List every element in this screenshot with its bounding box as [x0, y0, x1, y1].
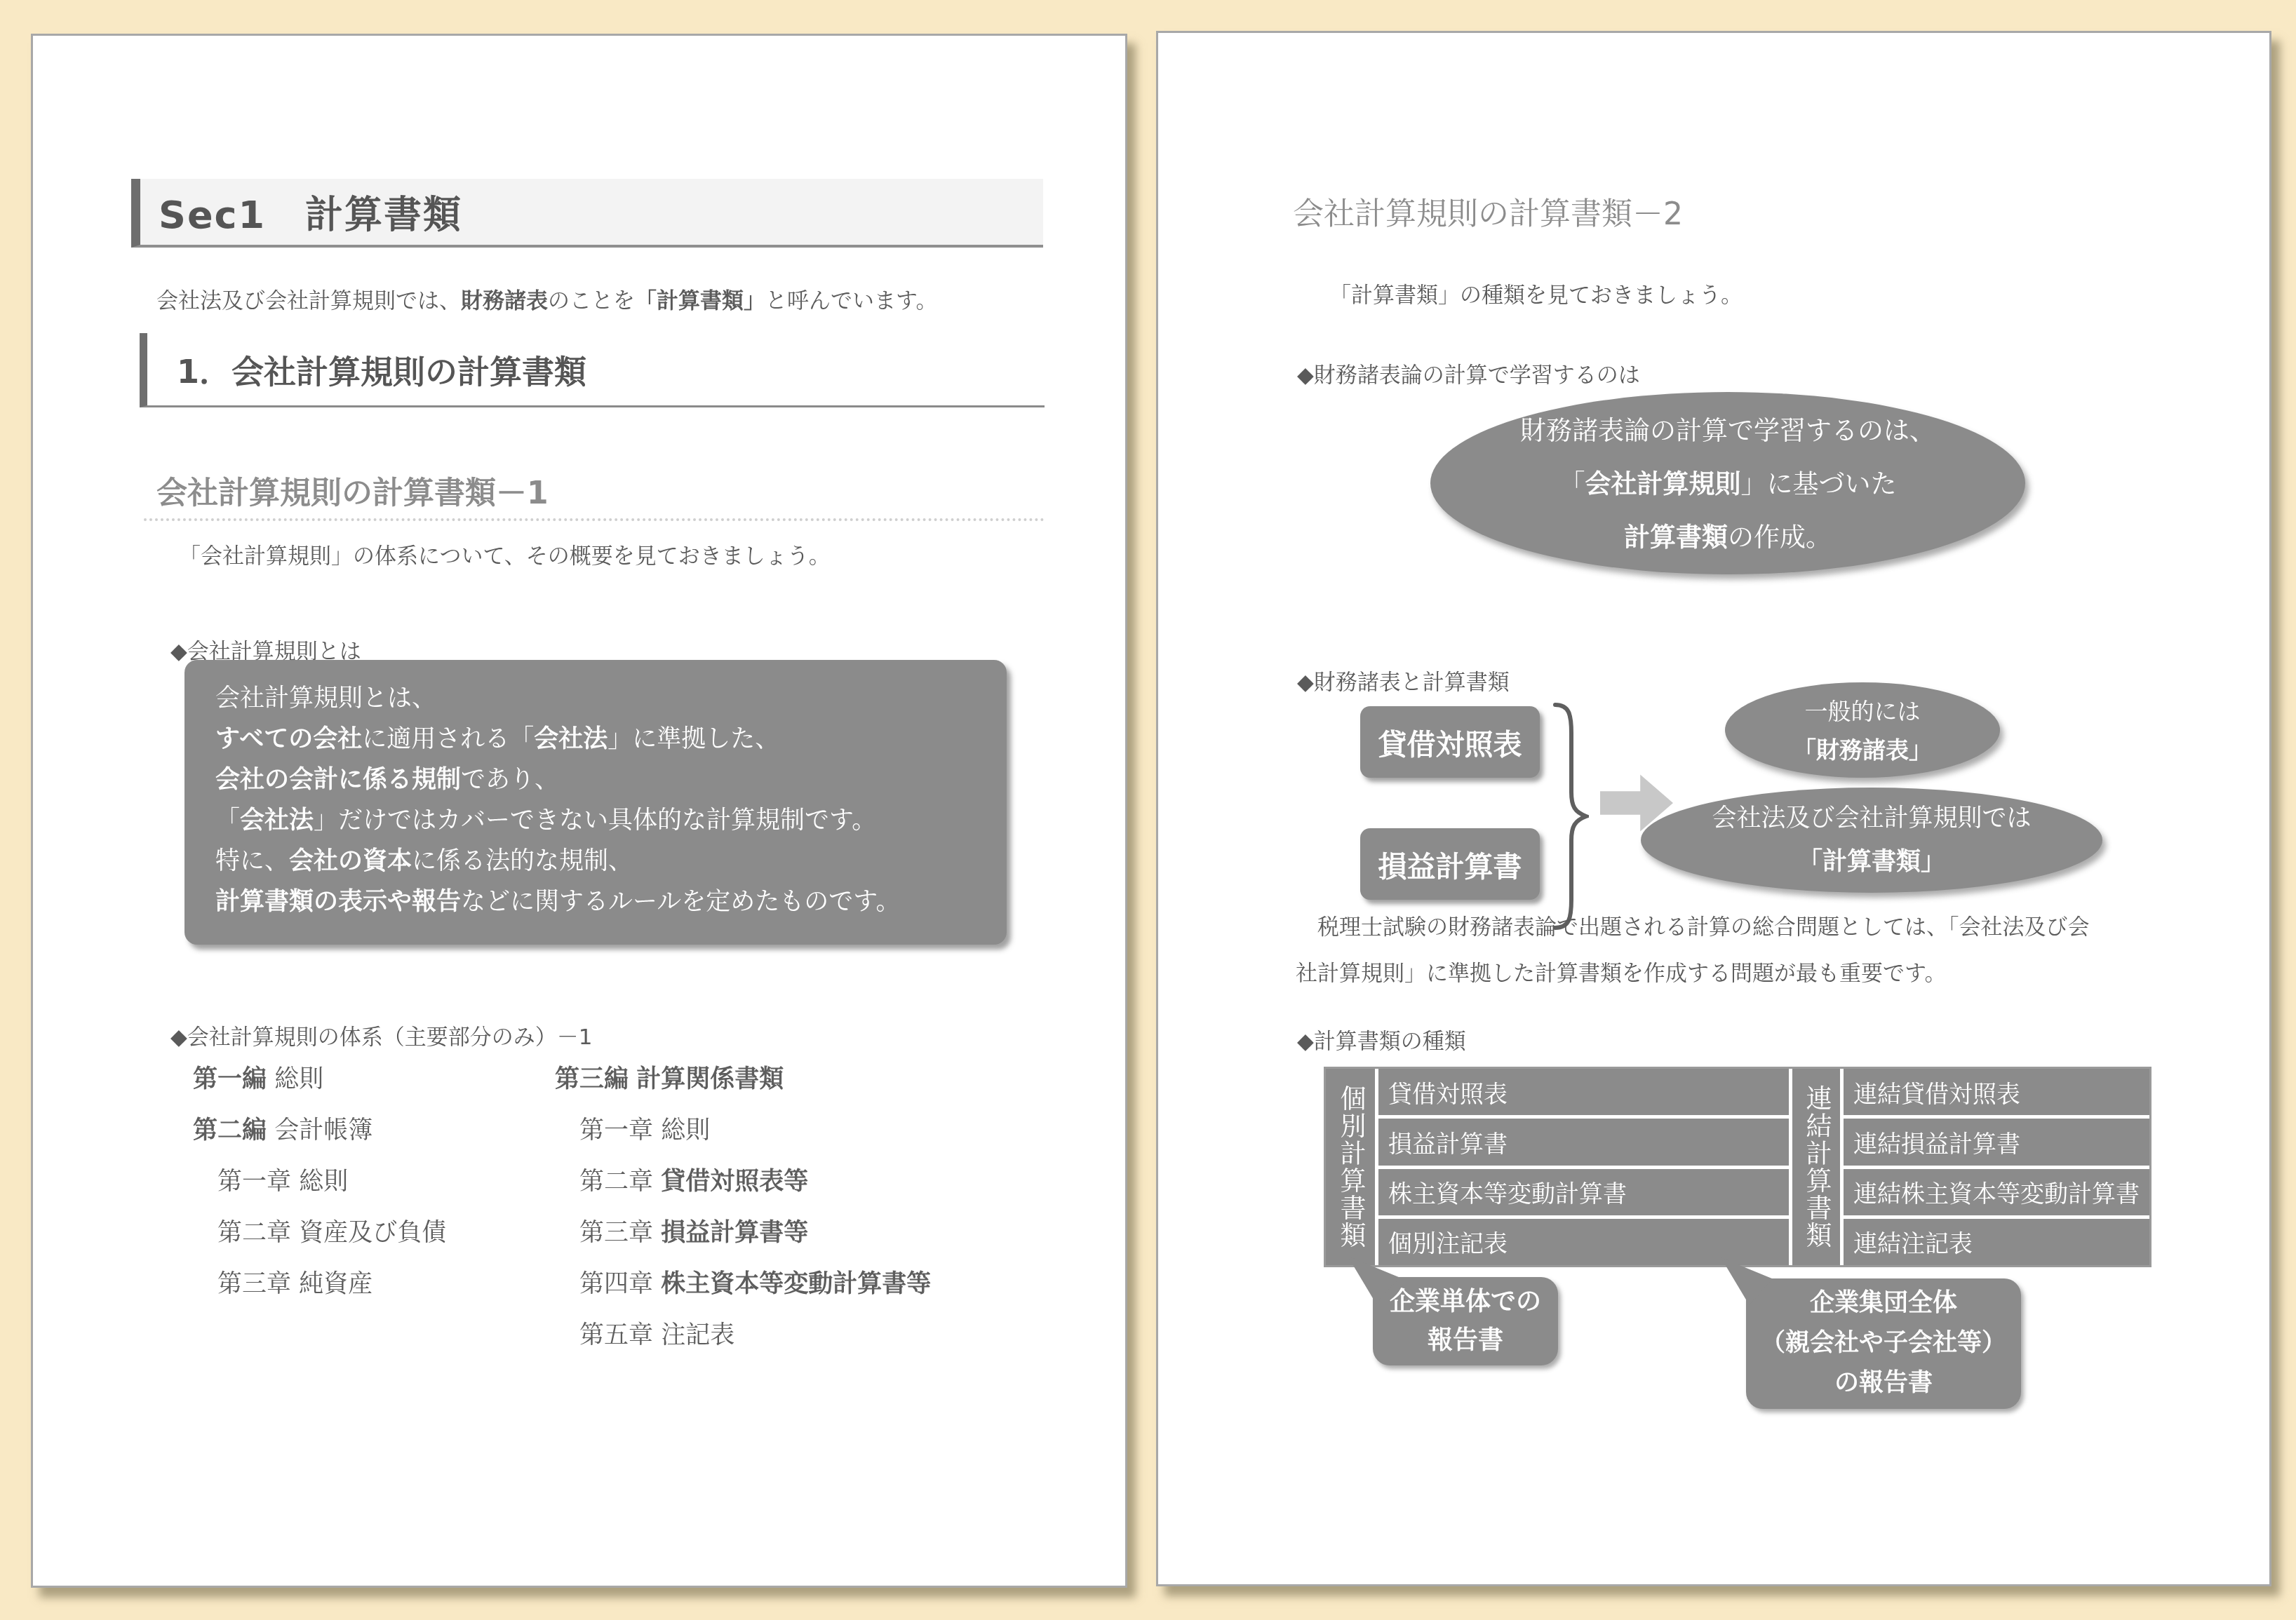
ellipse-line: 財務諸表論の計算で学習するのは、 — [1430, 405, 2025, 458]
subsection-title: 会社計算規則の計算書類－1 — [156, 468, 549, 513]
table-cell: 連結貸借対照表 — [1844, 1069, 2149, 1115]
table-header-consolidated: 連結計算書類 — [1792, 1069, 1840, 1265]
general-term-ellipse: 一般的には「財務諸表」 — [1725, 682, 2000, 778]
paragraph-line: 社計算規則」に準拠した計算書類を作成する問題が最も重要です。 — [1296, 950, 2090, 997]
outline-item: 第一編 総則 — [193, 1054, 446, 1105]
dotted-divider — [144, 518, 1045, 521]
outline-item: 第四章 株主資本等変動計算書等 — [555, 1259, 931, 1310]
page-right: 会社計算規則の計算書類－2 「計算書類」の種類を見ておきましょう。 ◆財務諸表論… — [1156, 31, 2271, 1586]
heading-types: ◆計算書類の種類 — [1297, 1023, 1466, 1055]
curly-brace — [1548, 699, 1589, 933]
table-cell: 個別注記表 — [1378, 1219, 1789, 1265]
definition-line: 特に、会社の資本に係る法的な規制、 — [215, 841, 1007, 882]
section-header-bar: Sec1 計算書類 — [131, 179, 1043, 248]
ellipse-line: 会社法及び会社計算規則では — [1641, 797, 2102, 840]
balance-sheet-box: 貸借対照表 — [1360, 706, 1540, 778]
callout-line: の報告書 — [1746, 1363, 2021, 1403]
paragraph-line: 税理士試験の財務諸表論で出題される計算の総合問題としては、「会社法及び会 — [1296, 904, 2090, 950]
ellipse-line: 「会社計算規則」に基づいた — [1430, 458, 2025, 511]
table-cell: 連結注記表 — [1844, 1219, 2149, 1265]
table-column-individual: 貸借対照表損益計算書株主資本等変動計算書個別注記表 — [1378, 1069, 1789, 1265]
outline-item: 第二編 会計帳簿 — [193, 1105, 446, 1156]
page-intro: 「計算書類」の種類を見ておきましょう。 — [1329, 277, 1743, 309]
table-cell: 株主資本等変動計算書 — [1378, 1169, 1789, 1215]
table-cell: 損益計算書 — [1378, 1119, 1789, 1165]
heading-flow: ◆財務諸表と計算書類 — [1297, 664, 1510, 696]
structure-column-left: 第一編 総則第二編 会計帳簿 第一章 総則 第二章 資産及び負債 第三章 純資産 — [193, 1054, 446, 1310]
outline-item: 第一章 総則 — [193, 1156, 446, 1208]
outline-item: 第一章 総則 — [555, 1105, 931, 1156]
table-column-consolidated: 連結貸借対照表連結損益計算書連結株主資本等変動計算書連結注記表 — [1844, 1069, 2149, 1265]
callout-line: 企業単体での — [1373, 1283, 1558, 1321]
definition-line: 計算書類の表示や報告などに関するルールを定めたものです。 — [215, 882, 1007, 922]
income-statement-box: 損益計算書 — [1360, 828, 1540, 900]
numbered-heading-title: 1．会社計算規則の計算書類 — [177, 346, 586, 393]
intro-text: 会社法及び会社計算規則では、財務諸表のことを「計算書類」と呼んでいます。 — [156, 283, 938, 314]
outline-item: 第三編 計算関係書類 — [555, 1054, 931, 1105]
definition-line: すべての会社に適用される「会社法」に準拠した、 — [215, 719, 1007, 760]
document-background: { "colors":{ "background":"#f9e9c5", "pa… — [0, 0, 2296, 1620]
callout-line: 報告書 — [1373, 1321, 1558, 1360]
outline-item: 第二章 貸借対照表等 — [555, 1156, 931, 1208]
callout-line: 企業集団全体 — [1746, 1283, 2021, 1323]
callout-line: （親会社や子会社等） — [1746, 1323, 2021, 1363]
subsection-intro: 「会社計算規則」の体系について、その概要を見ておきましょう。 — [179, 538, 831, 569]
table-cell: 連結損益計算書 — [1844, 1119, 2149, 1165]
outline-item: 第三章 純資産 — [193, 1259, 446, 1310]
definition-line: 会社計算規則とは、 — [215, 678, 1007, 719]
table-cell: 貸借対照表 — [1378, 1069, 1789, 1115]
study-ellipse: 財務諸表論の計算で学習するのは、「会社計算規則」に基づいた計算書類の作成。 — [1430, 392, 2025, 574]
ellipse-line: 「財務諸表」 — [1725, 731, 2000, 769]
outline-item: 第二章 資産及び負債 — [193, 1208, 446, 1259]
statements-table: 個別計算書類 貸借対照表損益計算書株主資本等変動計算書個別注記表 連結計算書類 … — [1324, 1067, 2151, 1267]
definition-box: 会社計算規則とは、すべての会社に適用される「会社法」に準拠した、会社の会計に係る… — [184, 660, 1007, 945]
outline-item: 第五章 注記表 — [555, 1310, 931, 1361]
section-header-title: Sec1 計算書類 — [159, 185, 462, 239]
definition-line: 「会社法」だけではカバーできない具体的な計算規制です。 — [215, 800, 1007, 841]
table-header-individual: 個別計算書類 — [1326, 1069, 1375, 1265]
ellipse-line: 一般的には — [1725, 692, 2000, 731]
callout-individual: 企業単体での報告書 — [1373, 1277, 1558, 1365]
outline-item: 第三章 損益計算書等 — [555, 1208, 931, 1259]
callout-consolidated: 企業集団全体（親会社や子会社等）の報告書 — [1746, 1278, 2021, 1409]
ellipse-line: 「計算書類」 — [1641, 840, 2102, 884]
ellipse-line: 計算書類の作成。 — [1430, 511, 2025, 565]
table-cell: 連結株主資本等変動計算書 — [1844, 1169, 2149, 1215]
heading-study: ◆財務諸表論の計算で学習するのは — [1297, 357, 1640, 389]
page-left: Sec1 計算書類 会社法及び会社計算規則では、財務諸表のことを「計算書類」と呼… — [31, 34, 1127, 1588]
heading-structure: ◆会社計算規則の体系（主要部分のみ）－1 — [170, 1019, 593, 1051]
page-title: 会社計算規則の計算書類－2 — [1293, 189, 1683, 234]
definition-line: 会社の会計に係る規制であり、 — [215, 760, 1007, 800]
company-law-ellipse: 会社法及び会社計算規則では「計算書類」 — [1641, 788, 2102, 893]
numbered-heading-box: 1．会社計算規則の計算書類 — [140, 333, 1045, 407]
exam-paragraph: 税理士試験の財務諸表論で出題される計算の総合問題としては、「会社法及び会社計算規… — [1296, 904, 2090, 997]
structure-column-right: 第三編 計算関係書類 第一章 総則 第二章 貸借対照表等 第三章 損益計算書等 … — [555, 1054, 931, 1361]
